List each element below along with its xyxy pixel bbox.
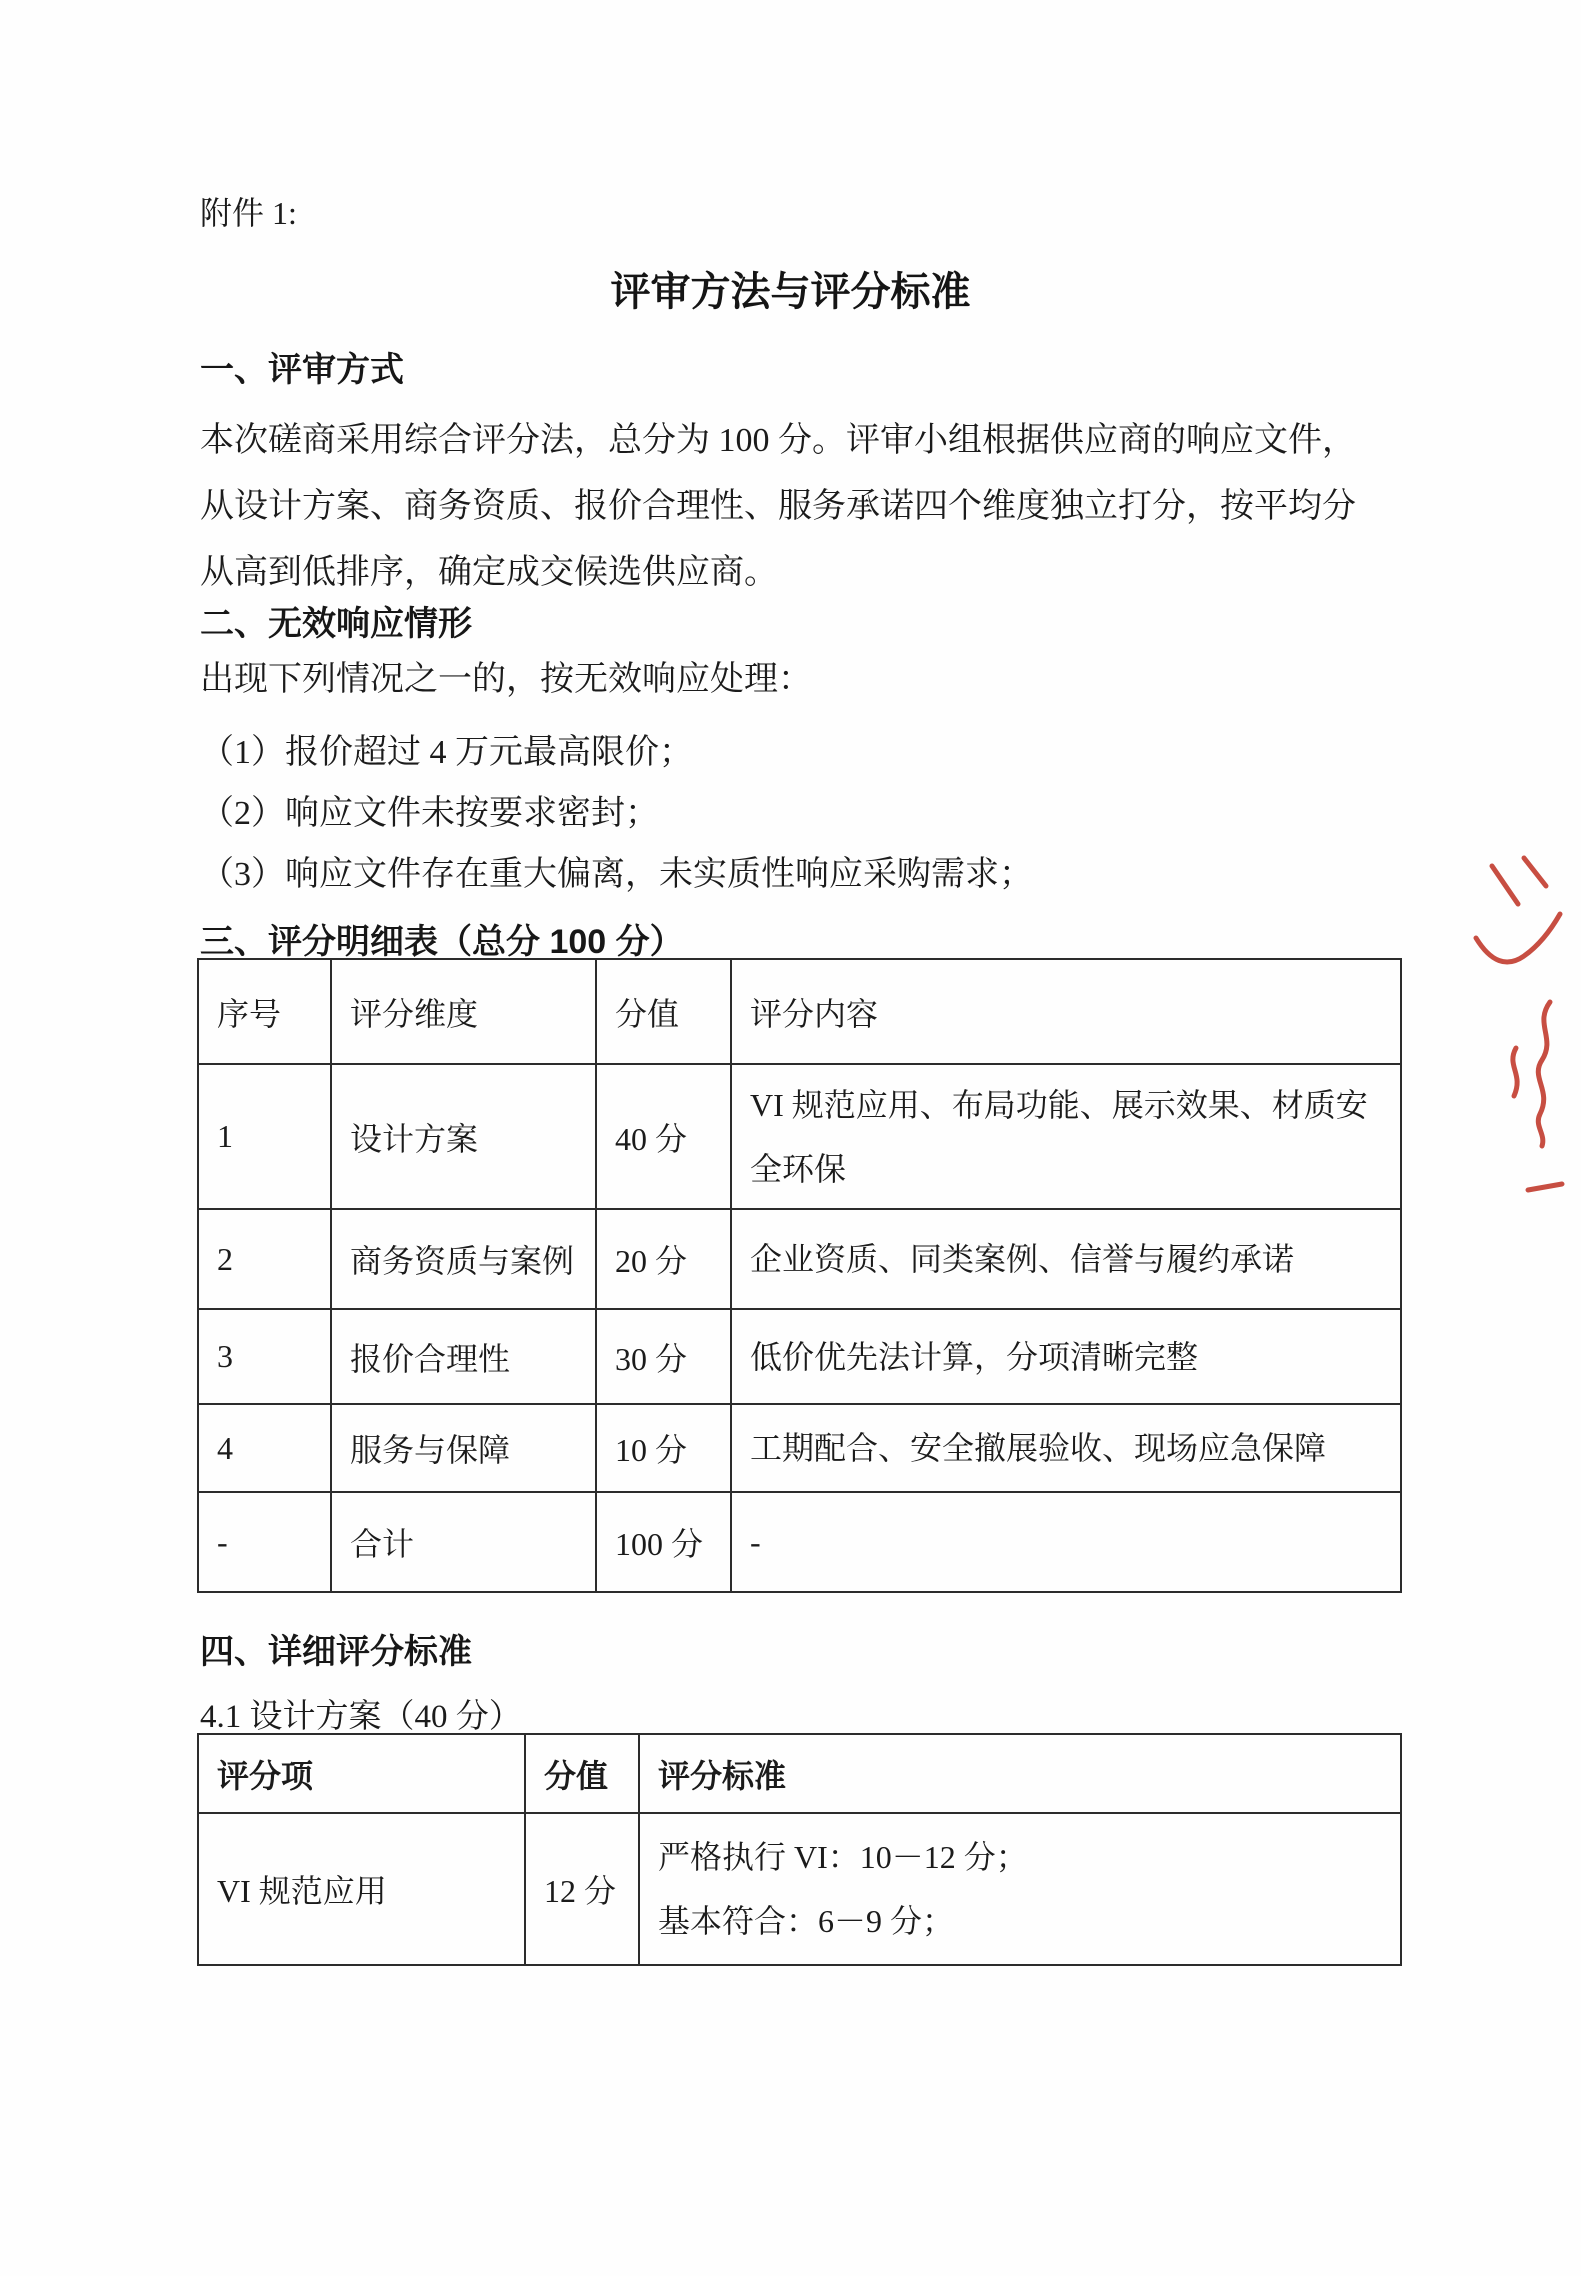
invalid-response-list: （1）报价超过 4 万元最高限价； （2）响应文件未按要求密封； （3）响应文件… — [200, 722, 1033, 905]
cell-score: 12 分 — [525, 1813, 639, 1965]
cell-index: 4 — [198, 1404, 331, 1492]
cell-content: 工期配合、安全撤展验收、现场应急保障 — [731, 1404, 1401, 1492]
cell-score: 30 分 — [596, 1309, 731, 1404]
col-header-criteria: 评分标准 — [639, 1734, 1401, 1813]
section-1-heading: 一、评审方式 — [200, 342, 404, 391]
score-summary-table: 序号 评分维度 分值 评分内容 1 设计方案 40 分 VI 规范应用、布局功能… — [197, 958, 1402, 1593]
table-row: 1 设计方案 40 分 VI 规范应用、布局功能、展示效果、材质安全环保 — [198, 1064, 1401, 1209]
section-2-intro: 出现下列情况之一的，按无效响应处理： — [200, 660, 812, 700]
section-3-heading: 三、评分明细表（总分 100 分） — [200, 914, 684, 963]
cell-score: 10 分 — [596, 1404, 731, 1492]
table-row: 4 服务与保障 10 分 工期配合、安全撤展验收、现场应急保障 — [198, 1404, 1401, 1492]
cell-index: 1 — [198, 1064, 331, 1209]
table-header-row: 评分项 分值 评分标准 — [198, 1734, 1401, 1813]
criteria-line: 基本符合：6－9 分； — [658, 1889, 1390, 1953]
table-row: 2 商务资质与案例 20 分 企业资质、同类案例、信誉与履约承诺 — [198, 1209, 1401, 1309]
cell-content: - — [731, 1492, 1401, 1592]
list-item: （2）响应文件未按要求密封； — [200, 783, 1033, 844]
page-title: 评审方法与评分标准 — [0, 260, 1581, 317]
design-criteria-table: 评分项 分值 评分标准 VI 规范应用 12 分 严格执行 VI：10－12 分… — [197, 1733, 1402, 1966]
cell-score: 20 分 — [596, 1209, 731, 1309]
cell-score: 40 分 — [596, 1064, 731, 1209]
table-row: 3 报价合理性 30 分 低价优先法计算，分项清晰完整 — [198, 1309, 1401, 1404]
section-4-heading: 四、详细评分标准 — [200, 1624, 472, 1673]
cell-dimension: 服务与保障 — [331, 1404, 596, 1492]
cell-content: 企业资质、同类案例、信誉与履约承诺 — [731, 1209, 1401, 1309]
col-header-item: 评分项 — [198, 1734, 525, 1813]
paragraph-line: 本次磋商采用综合评分法，总分为 100 分。评审小组根据供应商的响应文件， — [200, 408, 1356, 474]
cell-dimension: 设计方案 — [331, 1064, 596, 1209]
section-2-heading: 二、无效响应情形 — [200, 596, 472, 645]
col-header-content: 评分内容 — [731, 959, 1401, 1064]
col-header-score: 分值 — [596, 959, 731, 1064]
cell-index: 3 — [198, 1309, 331, 1404]
table-header-row: 序号 评分维度 分值 评分内容 — [198, 959, 1401, 1064]
cell-index: - — [198, 1492, 331, 1592]
table-row: VI 规范应用 12 分 严格执行 VI：10－12 分； 基本符合：6－9 分… — [198, 1813, 1401, 1965]
cell-criteria: 严格执行 VI：10－12 分； 基本符合：6－9 分； — [639, 1813, 1401, 1965]
section-4-1-subheading: 4.1 设计方案（40 分） — [200, 1690, 522, 1737]
red-handwriting-marks — [1458, 852, 1578, 1222]
col-header-score: 分值 — [525, 1734, 639, 1813]
cell-dimension: 商务资质与案例 — [331, 1209, 596, 1309]
list-item: （1）报价超过 4 万元最高限价； — [200, 722, 1033, 783]
paragraph-line: 从设计方案、商务资质、报价合理性、服务承诺四个维度独立打分，按平均分 — [200, 474, 1356, 540]
list-item: （3）响应文件存在重大偏离，未实质性响应采购需求； — [200, 844, 1033, 905]
criteria-line: 严格执行 VI：10－12 分； — [658, 1825, 1390, 1889]
table-total-row: - 合计 100 分 - — [198, 1492, 1401, 1592]
cell-score: 100 分 — [596, 1492, 731, 1592]
scanned-document-page: 附件 1: 评审方法与评分标准 一、评审方式 本次磋商采用综合评分法，总分为 1… — [0, 0, 1581, 2276]
col-header-index: 序号 — [198, 959, 331, 1064]
handwriting-marks-icon — [1458, 852, 1578, 1222]
attachment-label: 附件 1: — [200, 188, 297, 234]
cell-dimension: 合计 — [331, 1492, 596, 1592]
cell-dimension: 报价合理性 — [331, 1309, 596, 1404]
cell-content: VI 规范应用、布局功能、展示效果、材质安全环保 — [731, 1064, 1401, 1209]
cell-content: 低价优先法计算，分项清晰完整 — [731, 1309, 1401, 1404]
cell-item: VI 规范应用 — [198, 1813, 525, 1965]
cell-index: 2 — [198, 1209, 331, 1309]
col-header-dimension: 评分维度 — [331, 959, 596, 1064]
section-1-paragraph: 本次磋商采用综合评分法，总分为 100 分。评审小组根据供应商的响应文件， 从设… — [200, 408, 1356, 606]
